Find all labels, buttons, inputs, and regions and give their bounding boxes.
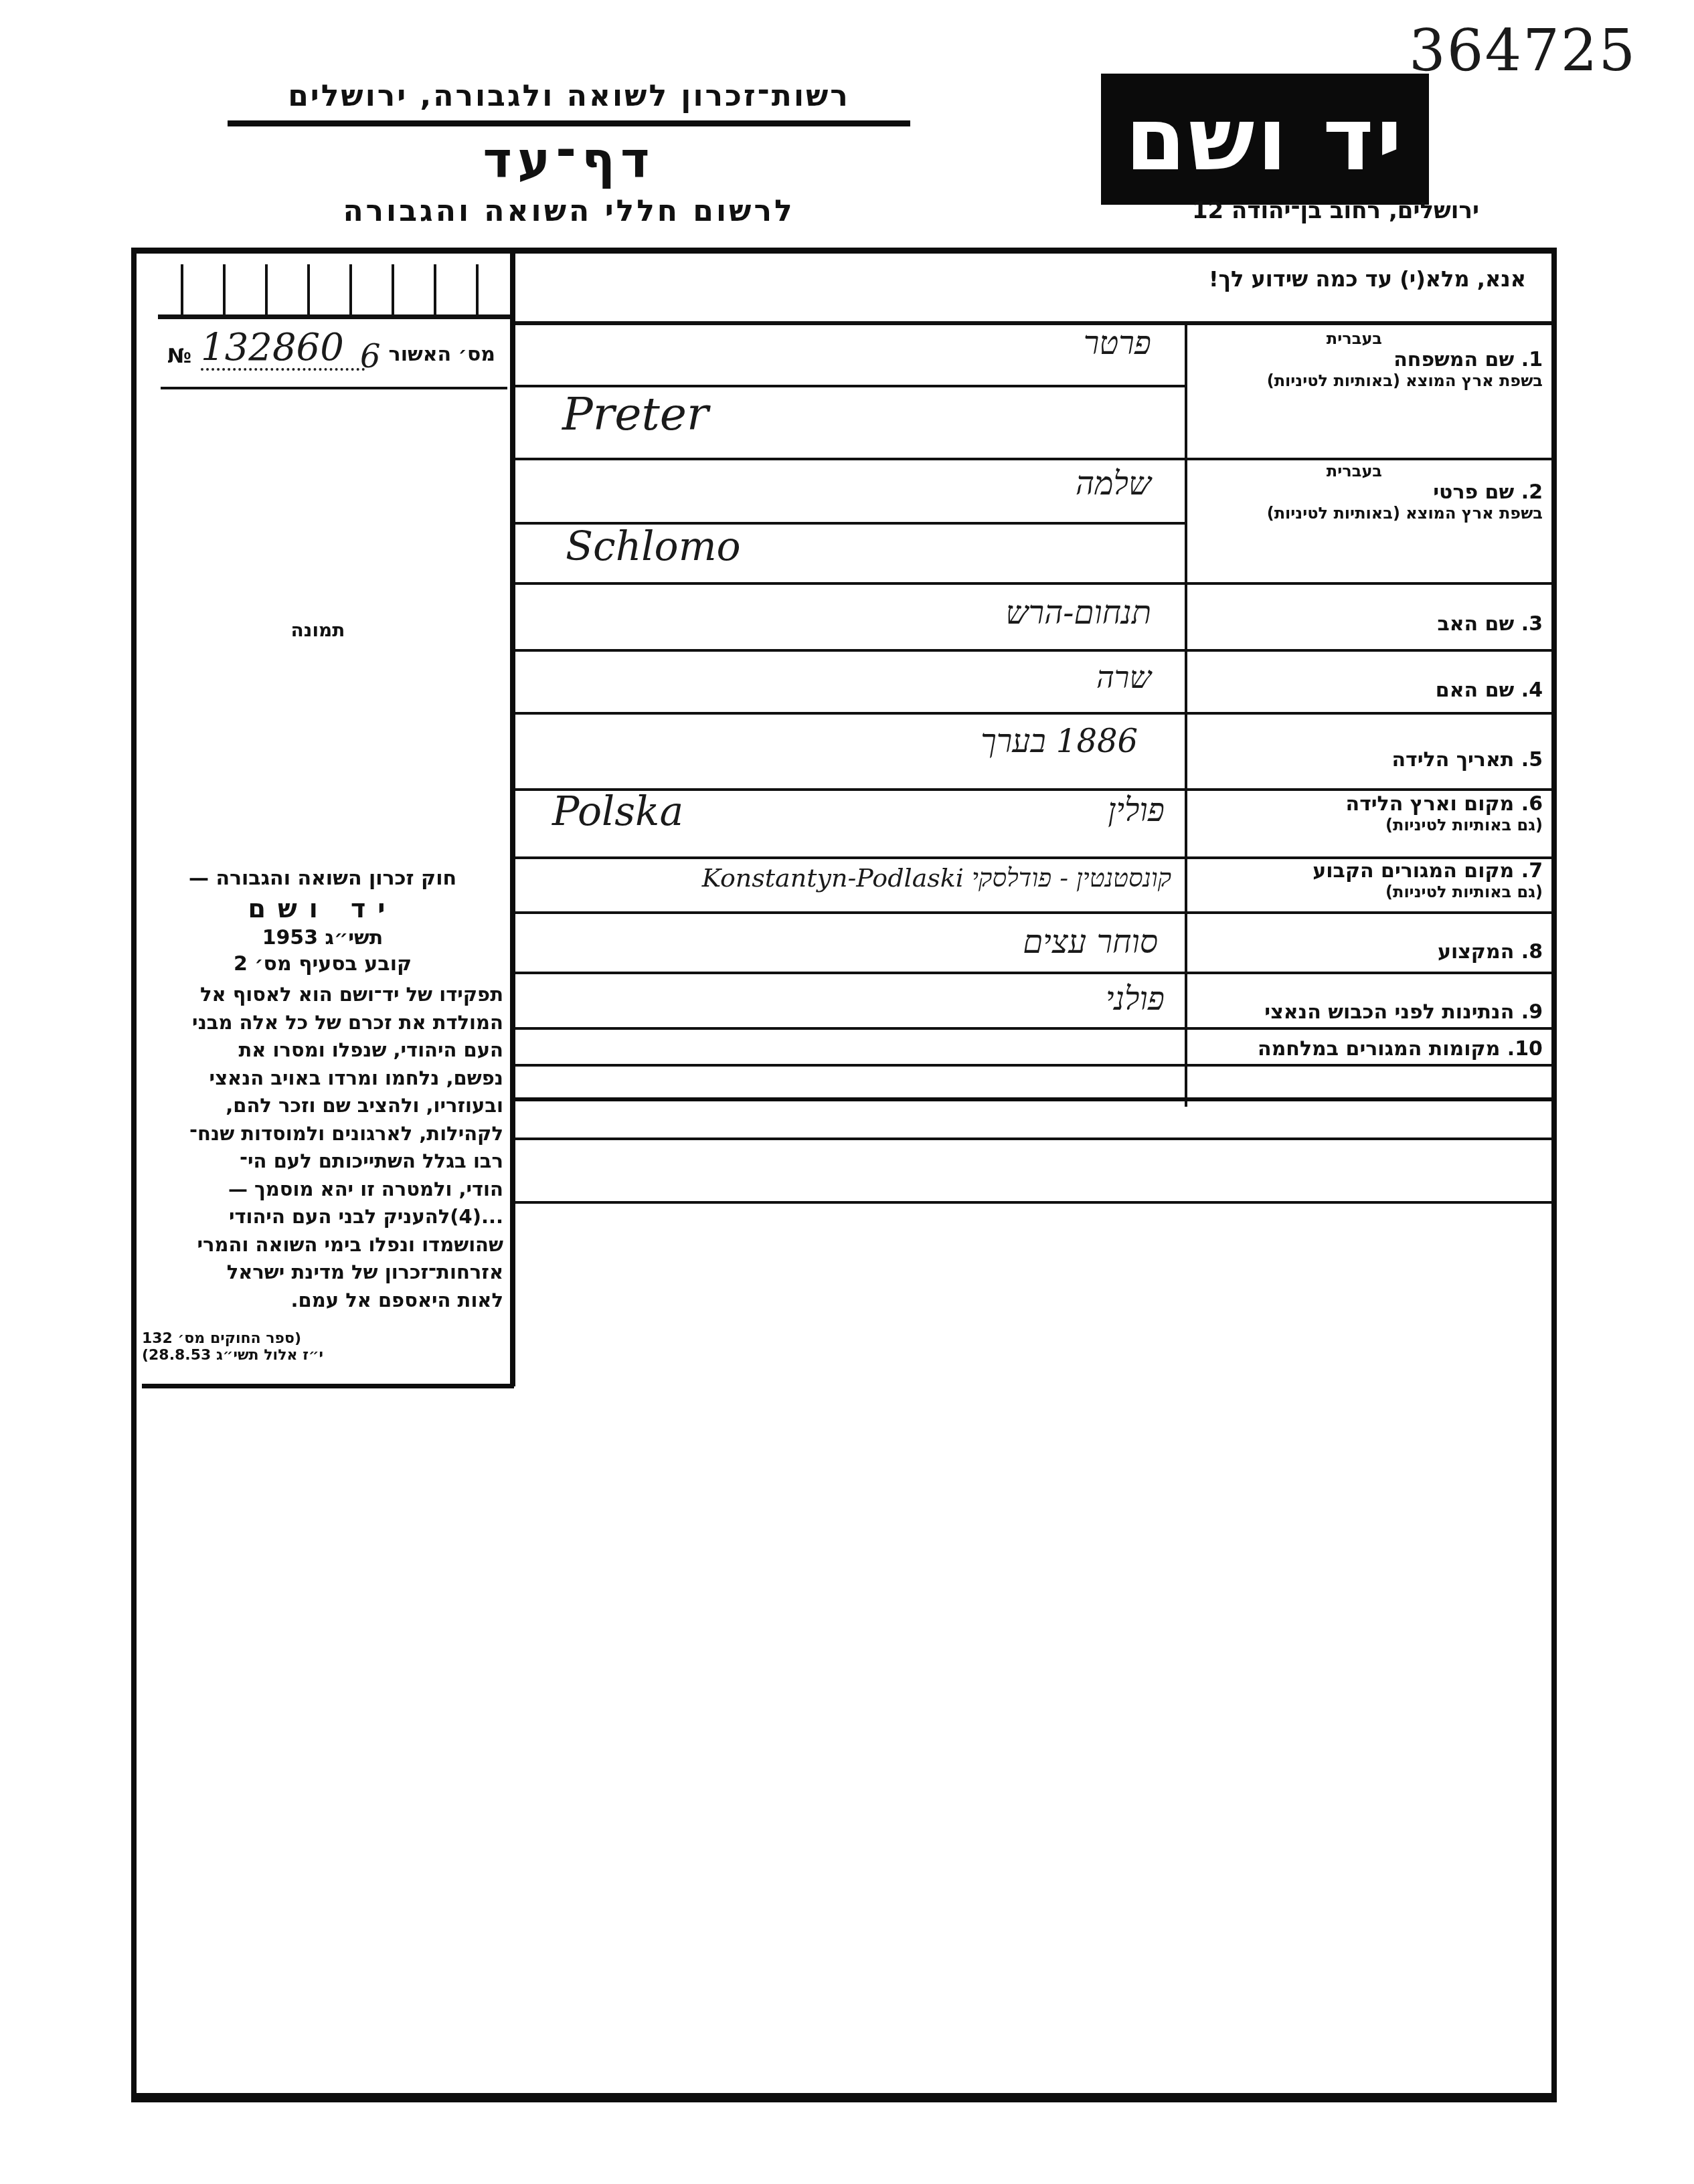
law-line: לקהילות, לארגונים ולמוסדות שנח־ bbox=[142, 1120, 503, 1148]
hebrew-tag: בעברית bbox=[1188, 329, 1543, 348]
row-rule bbox=[515, 385, 1185, 387]
law-line: תפקידו של יד־ושם הוא לאסוף אל bbox=[142, 981, 503, 1009]
birth-date-value[interactable]: 1886 בערך bbox=[736, 723, 1138, 760]
logo-text: יד ושם bbox=[1125, 88, 1405, 190]
field-label: שם האב bbox=[1437, 612, 1514, 636]
field-number: 1. bbox=[1521, 348, 1543, 371]
law-line: המולדת את זכרם של כל אלה מבני bbox=[142, 1009, 503, 1037]
left-panel-divider bbox=[510, 248, 515, 1386]
first-name-hebrew-value[interactable]: שלמה bbox=[803, 465, 1151, 503]
field-number: 5. bbox=[1521, 748, 1543, 771]
tick bbox=[434, 264, 436, 314]
law-section: קובע בסעיף מס׳ 2 bbox=[142, 952, 503, 976]
hebrew-tag: בעברית bbox=[1188, 462, 1543, 480]
children-top-rule bbox=[515, 1097, 1551, 1101]
row-rule bbox=[515, 972, 1551, 974]
header-rule bbox=[228, 120, 910, 126]
field-number: 2. bbox=[1521, 480, 1543, 504]
field-note: (גם באותיות לטיניות) bbox=[1188, 816, 1543, 834]
approval-top-rule bbox=[158, 314, 510, 319]
law-citation-1: (ספר החוקים מס׳ 132 bbox=[142, 1330, 503, 1347]
law-line: העם היהודי, שנפלו ומסרו את bbox=[142, 1036, 503, 1065]
field-label: שם פרטי bbox=[1433, 480, 1514, 504]
law-box-bottom-rule bbox=[142, 1384, 514, 1388]
law-box: חוק זכרון השואה והגבורה — יד ושם תשי״ג 1… bbox=[142, 867, 503, 1364]
field-mother-name-label: 4. שם האם bbox=[1188, 678, 1543, 702]
law-body: תפקידו של יד־ושם הוא לאסוף אל המולדת את … bbox=[142, 981, 503, 1314]
row-rule bbox=[515, 1201, 1551, 1204]
yad-vashem-logo: יד ושם bbox=[1101, 74, 1429, 205]
family-name-hebrew-value[interactable]: פרטר bbox=[803, 325, 1151, 362]
field-birthplace-label: 6. מקום וארץ הלידה (גם באותיות לטיניות) bbox=[1188, 792, 1543, 834]
mother-name-value[interactable]: שרה bbox=[803, 659, 1151, 695]
row-rule bbox=[515, 712, 1551, 715]
tick bbox=[307, 264, 310, 314]
law-line: רבו בגלל השתייכותם לעם הי־ bbox=[142, 1148, 503, 1176]
law-heading: חוק זכרון השואה והגבורה — bbox=[142, 867, 503, 890]
first-name-latin-value[interactable]: Schlomo bbox=[566, 523, 741, 570]
row-rule bbox=[515, 582, 1551, 585]
field-note: (גם באותיות לטיניות) bbox=[1188, 883, 1543, 901]
row-rule bbox=[515, 458, 1551, 460]
residence-value[interactable]: קונסטנטין - פודלסקי Konstantyn-Podlaski bbox=[515, 863, 1171, 893]
frame-left bbox=[131, 248, 137, 2100]
law-line: ...(4)להעניק לבני העם היהודי bbox=[142, 1203, 503, 1231]
approval-bottom-rule bbox=[161, 387, 507, 389]
law-line: ובעוזריו, ולהציב שם וזכר להם, bbox=[142, 1092, 503, 1120]
field-family-name-label: בעברית 1. שם המשפחה בשפת ארץ המוצא (באות… bbox=[1188, 329, 1543, 390]
profession-value[interactable]: סוחר עצים bbox=[803, 923, 1158, 961]
field-label: מקום המגורים הקבוע bbox=[1312, 859, 1514, 883]
instruction-text: אנא, מלא(י) עד כמה שידוע לך! bbox=[1138, 266, 1526, 292]
organization-name: רשות־זכרון לשואה ולגבורה, ירושלים bbox=[224, 79, 914, 113]
field-note: בשפת ארץ המוצא (באותיות לטיניות) bbox=[1188, 504, 1543, 523]
field-birth-date-label: 5. תאריך הלידה bbox=[1188, 748, 1543, 771]
frame-top bbox=[131, 248, 1557, 254]
institution-address: ירושלים, רחוב בן־יהודה 12 bbox=[1098, 197, 1479, 224]
field-label: שם האם bbox=[1436, 678, 1514, 702]
frame-bottom bbox=[131, 2093, 1557, 2102]
father-name-value[interactable]: תנחום-הרש bbox=[736, 594, 1151, 632]
lower-fields-block bbox=[515, 1029, 1551, 1196]
field-number: 7. bbox=[1521, 859, 1543, 883]
number-symbol: № bbox=[167, 345, 191, 368]
field-number: 4. bbox=[1521, 678, 1543, 702]
birthplace-hebrew-value[interactable]: פולין bbox=[937, 792, 1165, 829]
law-line: אזרחות־זכרון של מדינת ישראל bbox=[142, 1259, 503, 1287]
field-profession-label: 8. המקצוע bbox=[1188, 940, 1543, 964]
row-rule bbox=[515, 911, 1551, 914]
field-number: 3. bbox=[1521, 612, 1543, 636]
frame-right bbox=[1551, 248, 1557, 2094]
tick bbox=[265, 264, 268, 314]
field-first-name-label: בעברית 2. שם פרטי בשפת ארץ המוצא (באותיו… bbox=[1188, 462, 1543, 523]
tick bbox=[392, 264, 394, 314]
field-label: שם המשפחה bbox=[1393, 348, 1514, 371]
field-number: 6. bbox=[1521, 792, 1543, 816]
field-label: המקצוע bbox=[1438, 940, 1514, 964]
family-name-latin-value[interactable]: Preter bbox=[562, 388, 709, 441]
tick bbox=[476, 264, 479, 314]
tick bbox=[181, 264, 183, 314]
law-year: תשי״ג 1953 bbox=[142, 926, 503, 949]
approval-number-label: מס׳ האשור bbox=[375, 343, 495, 366]
form-subtitle: לרשום חללי השואה והגבורה bbox=[224, 194, 914, 228]
nationality-value[interactable]: פולני bbox=[870, 980, 1165, 1018]
label-column-divider bbox=[1185, 324, 1187, 1107]
tick bbox=[349, 264, 352, 314]
field-number: 8. bbox=[1521, 940, 1543, 964]
field-note: בשפת ארץ המוצא (באותיות לטיניות) bbox=[1188, 371, 1543, 390]
field-number: 9. bbox=[1521, 1000, 1543, 1024]
archive-number: 364725 bbox=[1409, 17, 1636, 84]
law-citation-2: י״ז אלול תשי״ג 28.8.53) bbox=[142, 1347, 503, 1364]
field-father-name-label: 3. שם האב bbox=[1188, 612, 1543, 636]
birthplace-latin-value[interactable]: Polska bbox=[552, 788, 683, 835]
form-title: דף־עד bbox=[224, 131, 914, 189]
field-label: מקום וארץ הלידה bbox=[1346, 792, 1515, 816]
approval-number-value: 132860 bbox=[201, 326, 344, 369]
law-line: הודי, ולמטרה זו יהא מוסמך — bbox=[142, 1176, 503, 1204]
field-residence-label: 7. מקום המגורים הקבוע (גם באותיות לטיניו… bbox=[1188, 859, 1543, 901]
law-name: יד ושם bbox=[142, 894, 503, 923]
row-rule bbox=[515, 649, 1551, 652]
tick bbox=[223, 264, 226, 314]
law-line: לאות היאספם אל עמם. bbox=[142, 1287, 503, 1315]
law-line: נפשם, נלחמו ומרדו באויב הנאצי bbox=[142, 1065, 503, 1093]
photo-label: תמונה bbox=[281, 619, 355, 641]
field-label: הנתינות לפני הכבוש הנאצי bbox=[1264, 1000, 1514, 1024]
field-label: תאריך הלידה bbox=[1391, 748, 1514, 771]
law-line: שהושמדו ונפלו בימי השואה והמרי bbox=[142, 1231, 503, 1259]
field-nationality-label: 9. הנתינות לפני הכבוש הנאצי bbox=[1188, 1000, 1543, 1024]
